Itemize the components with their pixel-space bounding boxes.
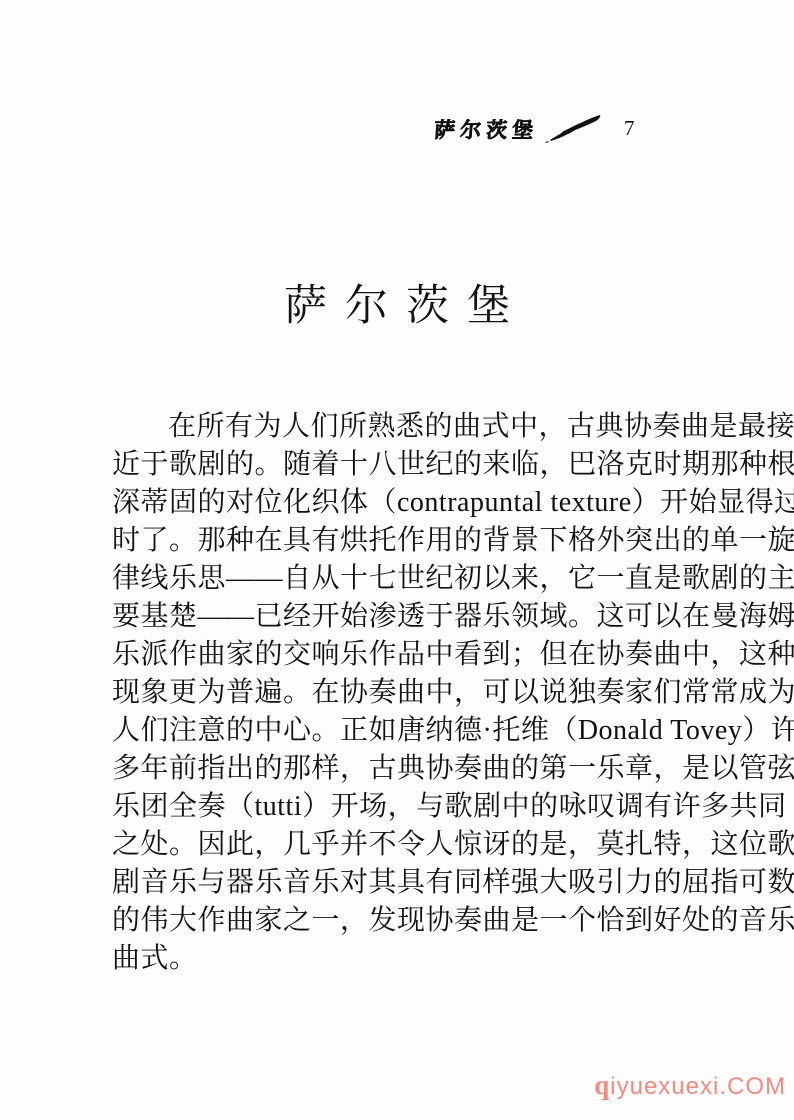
body-line: 多年前指出的那样，古典协奏曲的第一乐章，是以管弦 bbox=[112, 750, 682, 788]
body-line: 律线乐思——自从十七世纪初以来，它一直是歌剧的主 bbox=[112, 560, 682, 598]
body-line: 乐团全奏（tutti）开场，与歌剧中的咏叹调有许多共同 bbox=[112, 788, 682, 826]
body-line: 乐派作曲家的交响乐作品中看到；但在协奏曲中，这种 bbox=[112, 636, 682, 674]
body-line: 近于歌剧的。随着十八世纪的来临，巴洛克时期那种根 bbox=[112, 446, 682, 484]
page-number: 7 bbox=[624, 116, 636, 141]
body-line: 曲式。 bbox=[112, 940, 682, 978]
body-line: 在所有为人们所熟悉的曲式中，古典协奏曲是最接 bbox=[112, 408, 682, 446]
watermark-suffix: .COM bbox=[719, 1073, 786, 1100]
body-line: 之处。因此，几乎并不令人惊讶的是，莫扎特，这位歌 bbox=[112, 826, 682, 864]
pen-stroke-icon bbox=[542, 114, 608, 146]
running-header: 萨尔茨堡 7 bbox=[0, 110, 794, 146]
site-watermark: qiyuexuexi.COM bbox=[594, 1070, 786, 1101]
body-line: 人们注意的中心。正如唐纳德·托维（Donald Tovey）许 bbox=[112, 712, 682, 750]
watermark-middle: iyuexuexi bbox=[610, 1073, 719, 1100]
body-line: 要基楚——已经开始渗透于器乐领域。这可以在曼海姆 bbox=[112, 598, 682, 636]
chapter-title: 萨尔茨堡 bbox=[0, 272, 794, 333]
body-paragraph: 在所有为人们所熟悉的曲式中，古典协奏曲是最接 近于歌剧的。随着十八世纪的来临，巴… bbox=[112, 408, 682, 978]
running-header-title: 萨尔茨堡 bbox=[433, 114, 539, 144]
body-line: 深蒂固的对位化织体（contrapuntal texture）开始显得过 bbox=[112, 484, 682, 522]
body-line: 剧音乐与器乐音乐对其具有同样强大吸引力的屈指可数 bbox=[112, 864, 682, 902]
book-page: 萨尔茨堡 7 萨尔茨堡 在所有为人们所熟悉的曲式中，古典协奏曲是最接 近于歌剧的… bbox=[0, 0, 794, 1120]
body-line: 的伟大作曲家之一，发现协奏曲是一个恰到好处的音乐 bbox=[112, 902, 682, 940]
body-line: 时了。那种在具有烘托作用的背景下格外突出的单一旋 bbox=[112, 522, 682, 560]
watermark-initial: q bbox=[594, 1070, 610, 1100]
body-line: 现象更为普遍。在协奏曲中，可以说独奏家们常常成为 bbox=[112, 674, 682, 712]
